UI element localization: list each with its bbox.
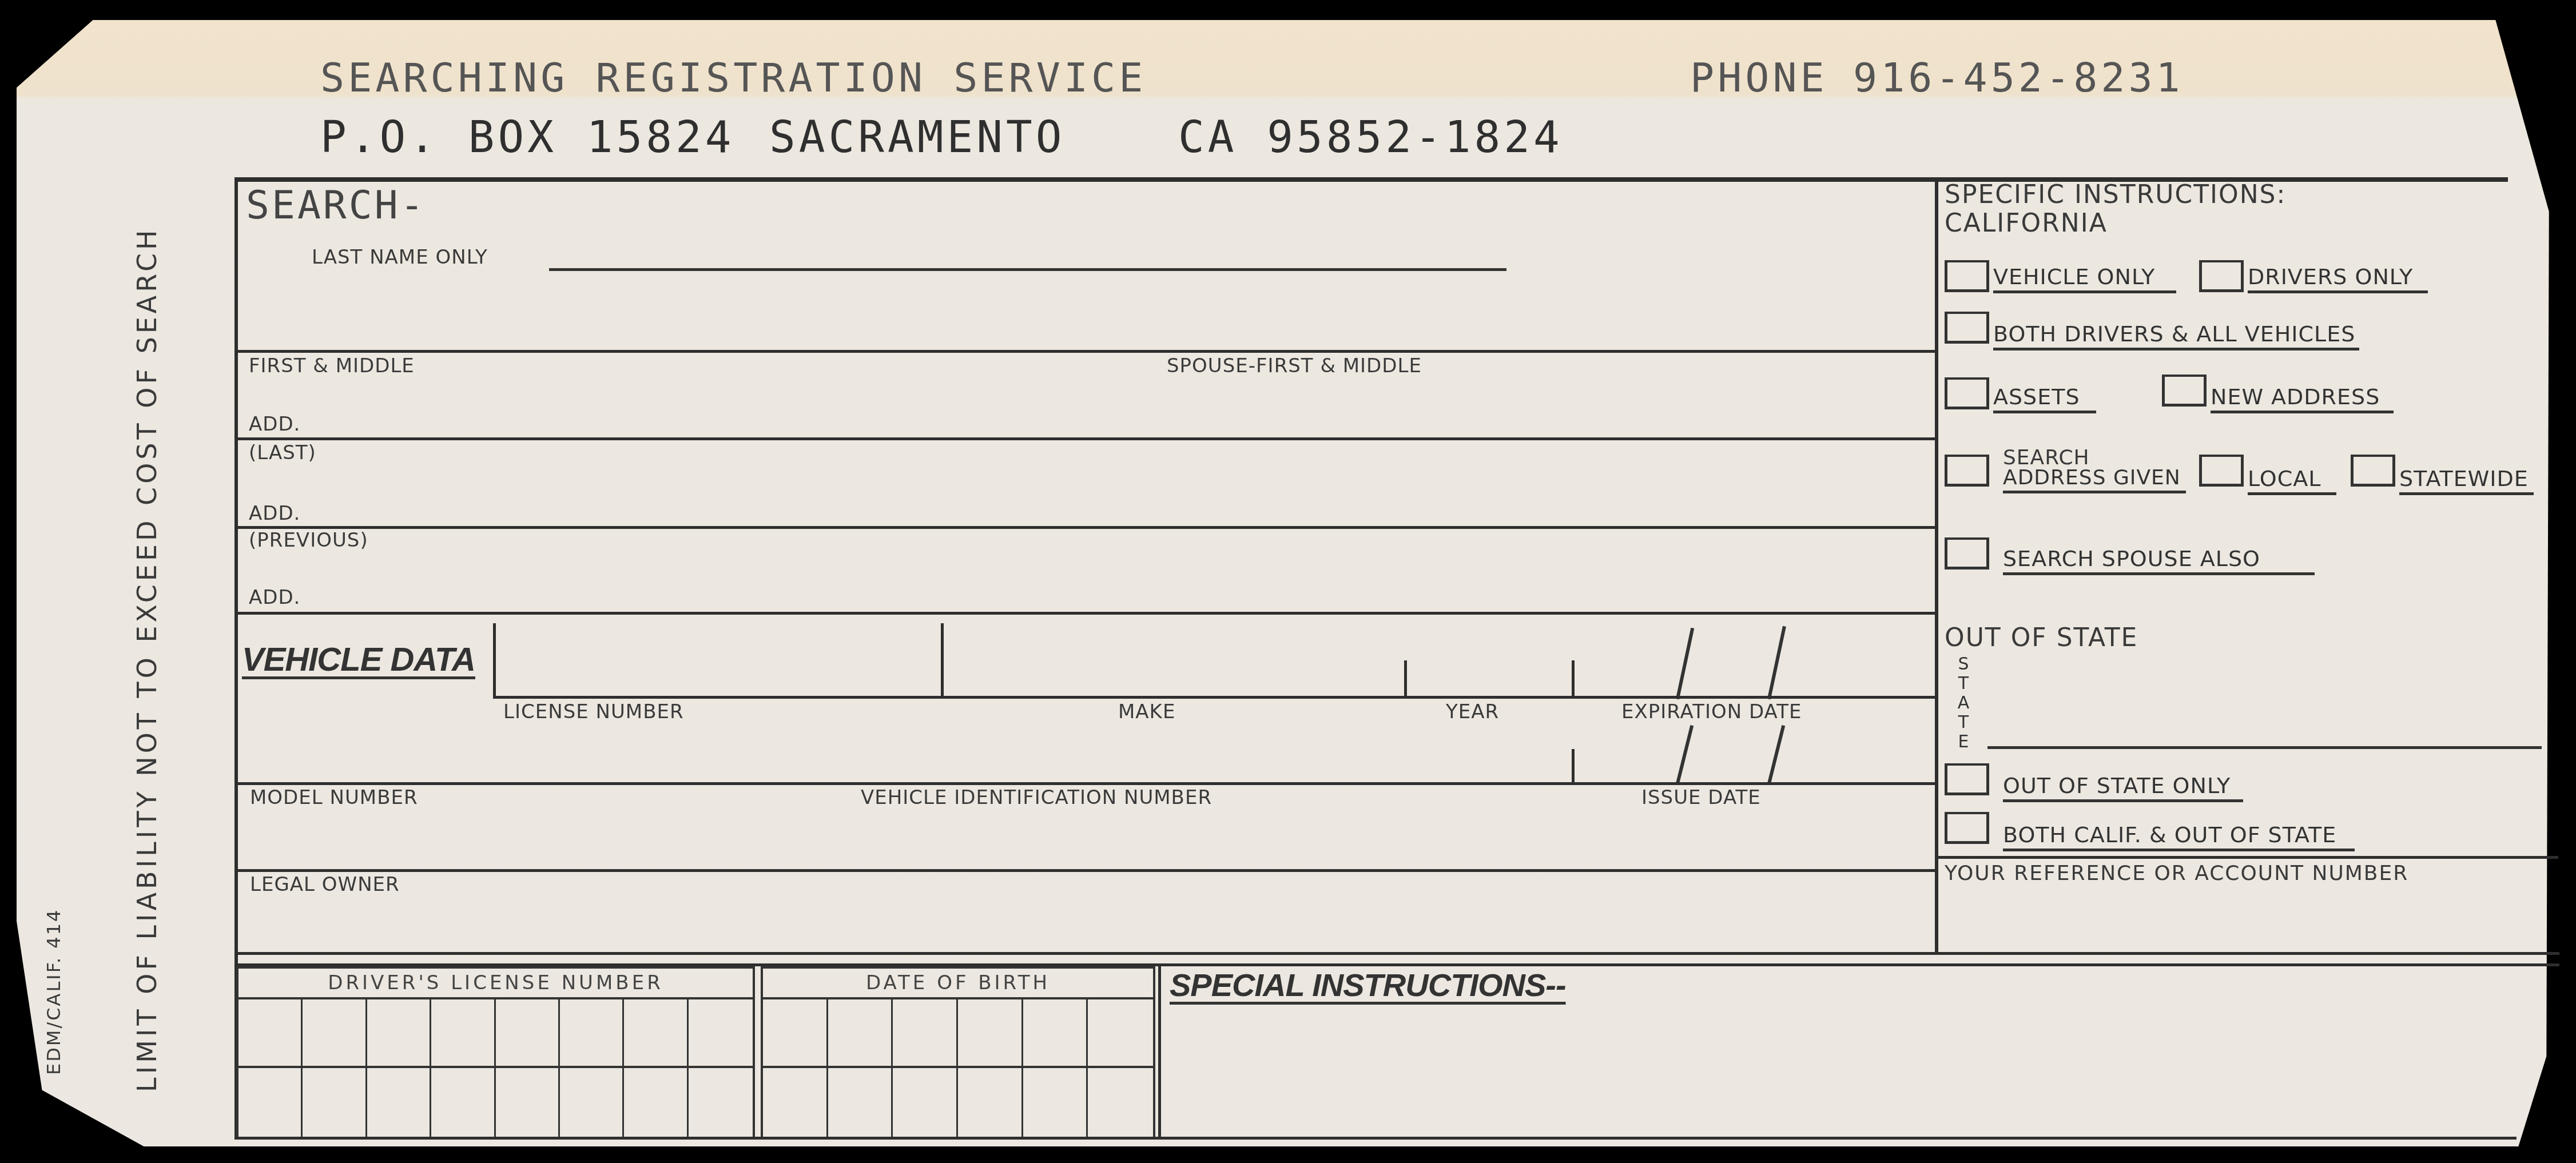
drivers-license-label: DRIVER'S LICENSE NUMBER [238, 969, 753, 999]
phone-label: PHONE [1690, 54, 1828, 101]
statewide-checkbox[interactable] [2351, 455, 2395, 487]
city: SACRAMENTO [769, 111, 1066, 162]
date-of-birth-grid: DATE OF BIRTH [761, 966, 1155, 1139]
dl-digit-cell[interactable] [496, 1068, 560, 1137]
divider [1935, 856, 2558, 859]
form-code: EDM/CALIF. 414 [43, 909, 65, 1075]
special-instructions-divider [1158, 966, 1161, 1138]
dl-digit-cell[interactable] [689, 999, 753, 1068]
divider [493, 696, 1936, 699]
divider [234, 782, 1936, 785]
dob-digit-cell[interactable] [828, 1068, 893, 1137]
license-number-input[interactable] [503, 658, 935, 693]
last-address-qualifier: (LAST) [249, 441, 316, 464]
tick [493, 623, 496, 698]
spouse-first-middle-input[interactable] [1167, 380, 1913, 410]
dl-digit-cell[interactable] [560, 1068, 624, 1137]
address-label: ADD. [249, 413, 300, 436]
dl-digit-cell[interactable] [367, 999, 431, 1068]
dl-digit-cell[interactable] [496, 999, 560, 1068]
out-of-state-only-label: OUT OF STATE ONLY [2003, 773, 2243, 802]
year-label: YEAR [1446, 700, 1499, 723]
vehicle-only-label: VEHICLE ONLY [1993, 264, 2176, 293]
search-address-label-line2: ADDRESS GIVEN [2003, 466, 2186, 493]
dob-digit-cell[interactable] [1023, 1068, 1088, 1137]
last-address-input[interactable] [303, 475, 1907, 527]
previous-address-input[interactable] [303, 560, 1907, 613]
dob-digit-cell[interactable] [893, 999, 958, 1068]
license-number-label: LICENSE NUMBER [503, 700, 684, 723]
both-calif-out-of-state-label: BOTH CALIF. & OUT OF STATE [2003, 822, 2355, 851]
both-drivers-vehicles-label: BOTH DRIVERS & ALL VEHICLES [1993, 321, 2359, 351]
dob-digit-cell[interactable] [1023, 999, 1088, 1068]
state-input[interactable] [1987, 712, 2542, 749]
dl-digit-cell[interactable] [303, 1068, 367, 1137]
statewide-label: STATEWIDE [2399, 466, 2534, 495]
expiration-date-label: EXPIRATION DATE [1621, 700, 1802, 723]
instructions-divider [1935, 177, 1938, 955]
reference-label: YOUR REFERENCE OR ACCOUNT NUMBER [1945, 862, 2408, 885]
state-vertical-label: STATE [1955, 655, 1972, 752]
search-spouse-label: SEARCH SPOUSE ALSO [2003, 546, 2315, 575]
out-of-state-only-checkbox[interactable] [1945, 763, 1989, 795]
dob-digit-cell[interactable] [828, 999, 893, 1068]
dob-digit-cell[interactable] [958, 1068, 1023, 1137]
tick [1572, 749, 1575, 783]
tick [1404, 660, 1407, 698]
issue-date-label: ISSUE DATE [1641, 786, 1761, 809]
state-zip: CA 95852-1824 [1178, 111, 1563, 162]
search-title: SEARCH- [246, 183, 426, 228]
company-name: SEARCHING REGISTRATION SERVICE [320, 54, 1146, 101]
search-spouse-checkbox[interactable] [1945, 537, 1989, 569]
dl-digit-cell[interactable] [624, 999, 688, 1068]
drivers-license-grid: DRIVER'S LICENSE NUMBER [236, 966, 755, 1139]
last-name-label: LAST NAME ONLY [312, 246, 488, 269]
previous-address-label: ADD. [249, 586, 300, 609]
divider [234, 869, 1936, 872]
dl-digit-cell[interactable] [238, 1068, 303, 1137]
dl-digit-cell[interactable] [367, 1068, 431, 1137]
tick [941, 623, 944, 698]
dl-digit-cell[interactable] [431, 1068, 495, 1137]
special-instructions-title: SPECIAL INSTRUCTIONS-- [1170, 966, 1566, 1003]
address-input[interactable] [303, 409, 1907, 437]
liability-notice: LIMIT OF LIABILITY NOT TO EXCEED COST OF… [132, 226, 162, 1092]
spouse-first-middle-label: SPOUSE-FIRST & MIDDLE [1167, 355, 1422, 377]
dl-digit-cell[interactable] [689, 1068, 753, 1137]
previous-address-qualifier: (PREVIOUS) [249, 529, 368, 552]
search-address-given-checkbox[interactable] [1945, 455, 1989, 487]
divider [234, 437, 1936, 440]
dl-digit-cell[interactable] [624, 1068, 688, 1137]
divider [234, 350, 1936, 353]
last-address-label: ADD. [249, 502, 300, 525]
reference-input[interactable] [1945, 892, 2542, 945]
california-subtitle: CALIFORNIA [1945, 209, 2108, 238]
dob-digit-cell[interactable] [763, 999, 828, 1068]
dob-digit-cell[interactable] [893, 1068, 958, 1137]
vin-label: VEHICLE IDENTIFICATION NUMBER [861, 786, 1212, 809]
date-of-birth-label: DATE OF BIRTH [763, 969, 1153, 999]
dob-digit-cell[interactable] [958, 999, 1023, 1068]
specific-instructions-title: SPECIFIC INSTRUCTIONS: [1945, 180, 2286, 209]
model-number-label: MODEL NUMBER [250, 786, 418, 809]
make-label: MAKE [1118, 700, 1175, 723]
dl-digit-cell[interactable] [560, 999, 624, 1068]
drivers-only-checkbox[interactable] [2199, 260, 2244, 292]
dl-digit-cell[interactable] [238, 999, 303, 1068]
divider [234, 952, 2559, 955]
both-drivers-vehicles-checkbox[interactable] [1945, 312, 1989, 344]
new-address-checkbox[interactable] [2162, 375, 2207, 407]
first-middle-input[interactable] [249, 380, 1109, 410]
legal-owner-label: LEGAL OWNER [250, 873, 400, 896]
assets-label: ASSETS [1993, 384, 2096, 413]
legal-owner-input[interactable] [250, 899, 1911, 951]
divider [234, 612, 1936, 615]
year-input[interactable] [1413, 658, 1569, 693]
new-address-label: NEW ADDRESS [2211, 384, 2394, 413]
dl-digit-cell[interactable] [303, 999, 367, 1068]
vin-input[interactable] [861, 812, 1607, 865]
phone-number: 916-452-8231 [1853, 54, 2184, 101]
divider [234, 526, 1936, 529]
dob-digit-cell[interactable] [763, 1068, 828, 1137]
drivers-only-label: DRIVERS ONLY [2248, 264, 2428, 293]
model-number-input[interactable] [250, 812, 824, 865]
dob-digit-cell[interactable] [1088, 999, 1153, 1068]
both-calif-out-of-state-checkbox[interactable] [1945, 812, 1989, 844]
dl-digit-cell[interactable] [431, 999, 495, 1068]
vehicle-data-title: VEHICLE DATA [242, 640, 475, 679]
vehicle-only-checkbox[interactable] [1945, 260, 1989, 292]
dob-digit-cell[interactable] [1088, 1068, 1153, 1137]
make-input[interactable] [949, 658, 1398, 693]
po-box: P.O. BOX 15824 [320, 111, 735, 162]
out-of-state-title: OUT OF STATE [1945, 623, 2138, 652]
first-middle-label: FIRST & MIDDLE [249, 355, 415, 377]
assets-checkbox[interactable] [1945, 377, 1989, 409]
last-name-input[interactable] [549, 236, 1506, 271]
special-instructions-input[interactable] [1170, 1018, 2533, 1132]
local-label: LOCAL [2248, 466, 2336, 495]
form-bottom-border [234, 1137, 2517, 1140]
local-checkbox[interactable] [2199, 455, 2244, 487]
tick [1572, 660, 1575, 698]
